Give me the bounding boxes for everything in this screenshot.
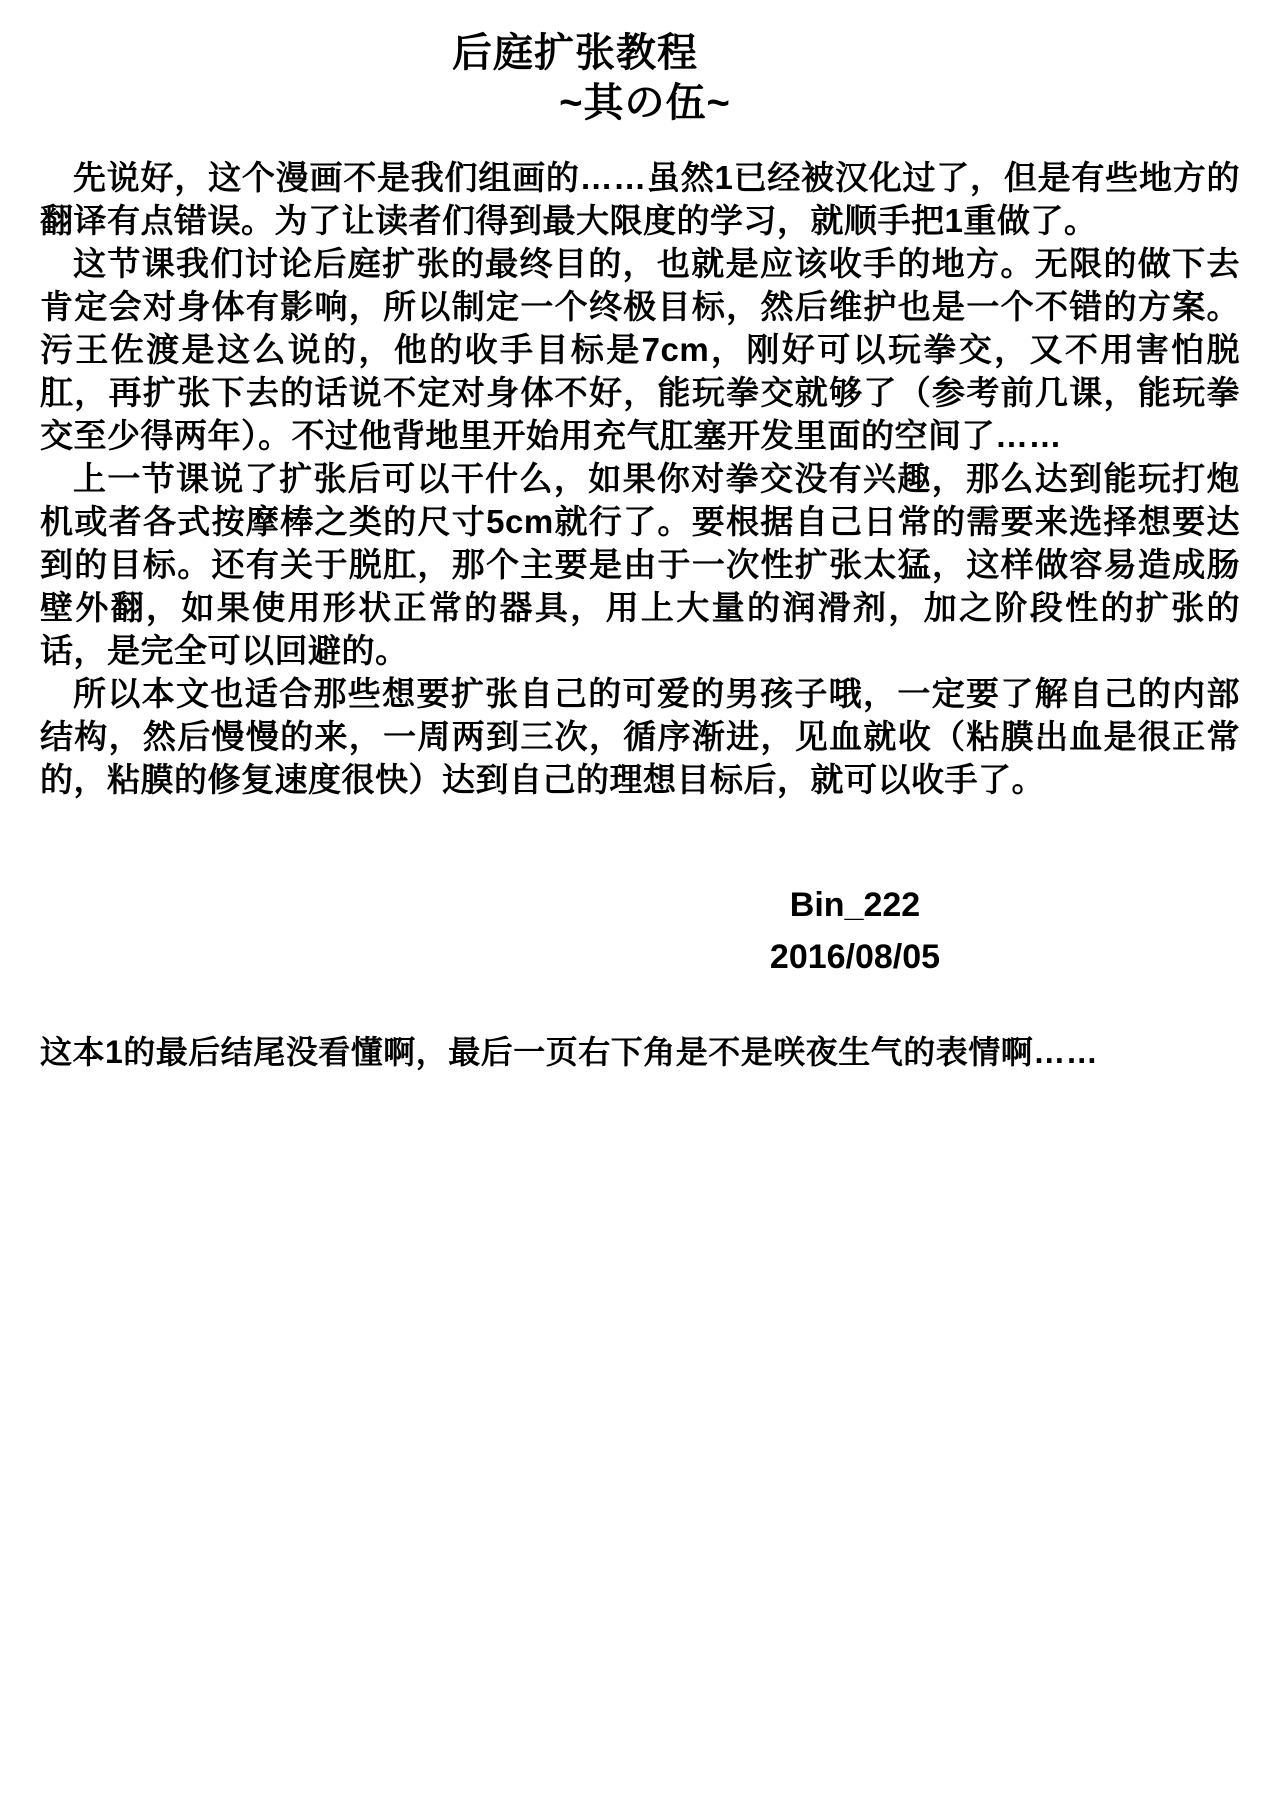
- paragraph-1: 先说好，这个漫画不是我们组画的……虽然1已经被汉化过了，但是有些地方的翻译有点错…: [40, 156, 1240, 242]
- page-title: 后庭扩张教程 ~其の伍~: [40, 28, 1110, 128]
- paragraph-4: 所以本文也适合那些想要扩张自己的可爱的男孩子哦，一定要了解自己的内部结构，然后慢…: [40, 672, 1240, 801]
- paragraph-2: 这节课我们讨论后庭扩张的最终目的，也就是应该收手的地方。无限的做下去肯定会对身体…: [40, 242, 1240, 457]
- paragraph-3: 上一节课说了扩张后可以干什么，如果你对拳交没有兴趣，那么达到能玩打炮机或者各式按…: [40, 457, 1240, 672]
- translator-notes-page: 后庭扩张教程 ~其の伍~ 先说好，这个漫画不是我们组画的……虽然1已经被汉化过了…: [0, 0, 1280, 1811]
- signature-name: Bin_222: [660, 879, 1050, 931]
- signature-date: 2016/08/05: [660, 931, 1050, 983]
- footer-note: 这本1的最后结尾没看懂啊，最后一页右下角是不是咲夜生气的表情啊……: [40, 1031, 1240, 1073]
- title-main: 后庭扩张教程: [40, 28, 1110, 78]
- body-text: 先说好，这个漫画不是我们组画的……虽然1已经被汉化过了，但是有些地方的翻译有点错…: [40, 156, 1240, 801]
- title-subtitle: ~其の伍~: [110, 78, 1180, 128]
- signature-block: Bin_222 2016/08/05: [660, 879, 1050, 983]
